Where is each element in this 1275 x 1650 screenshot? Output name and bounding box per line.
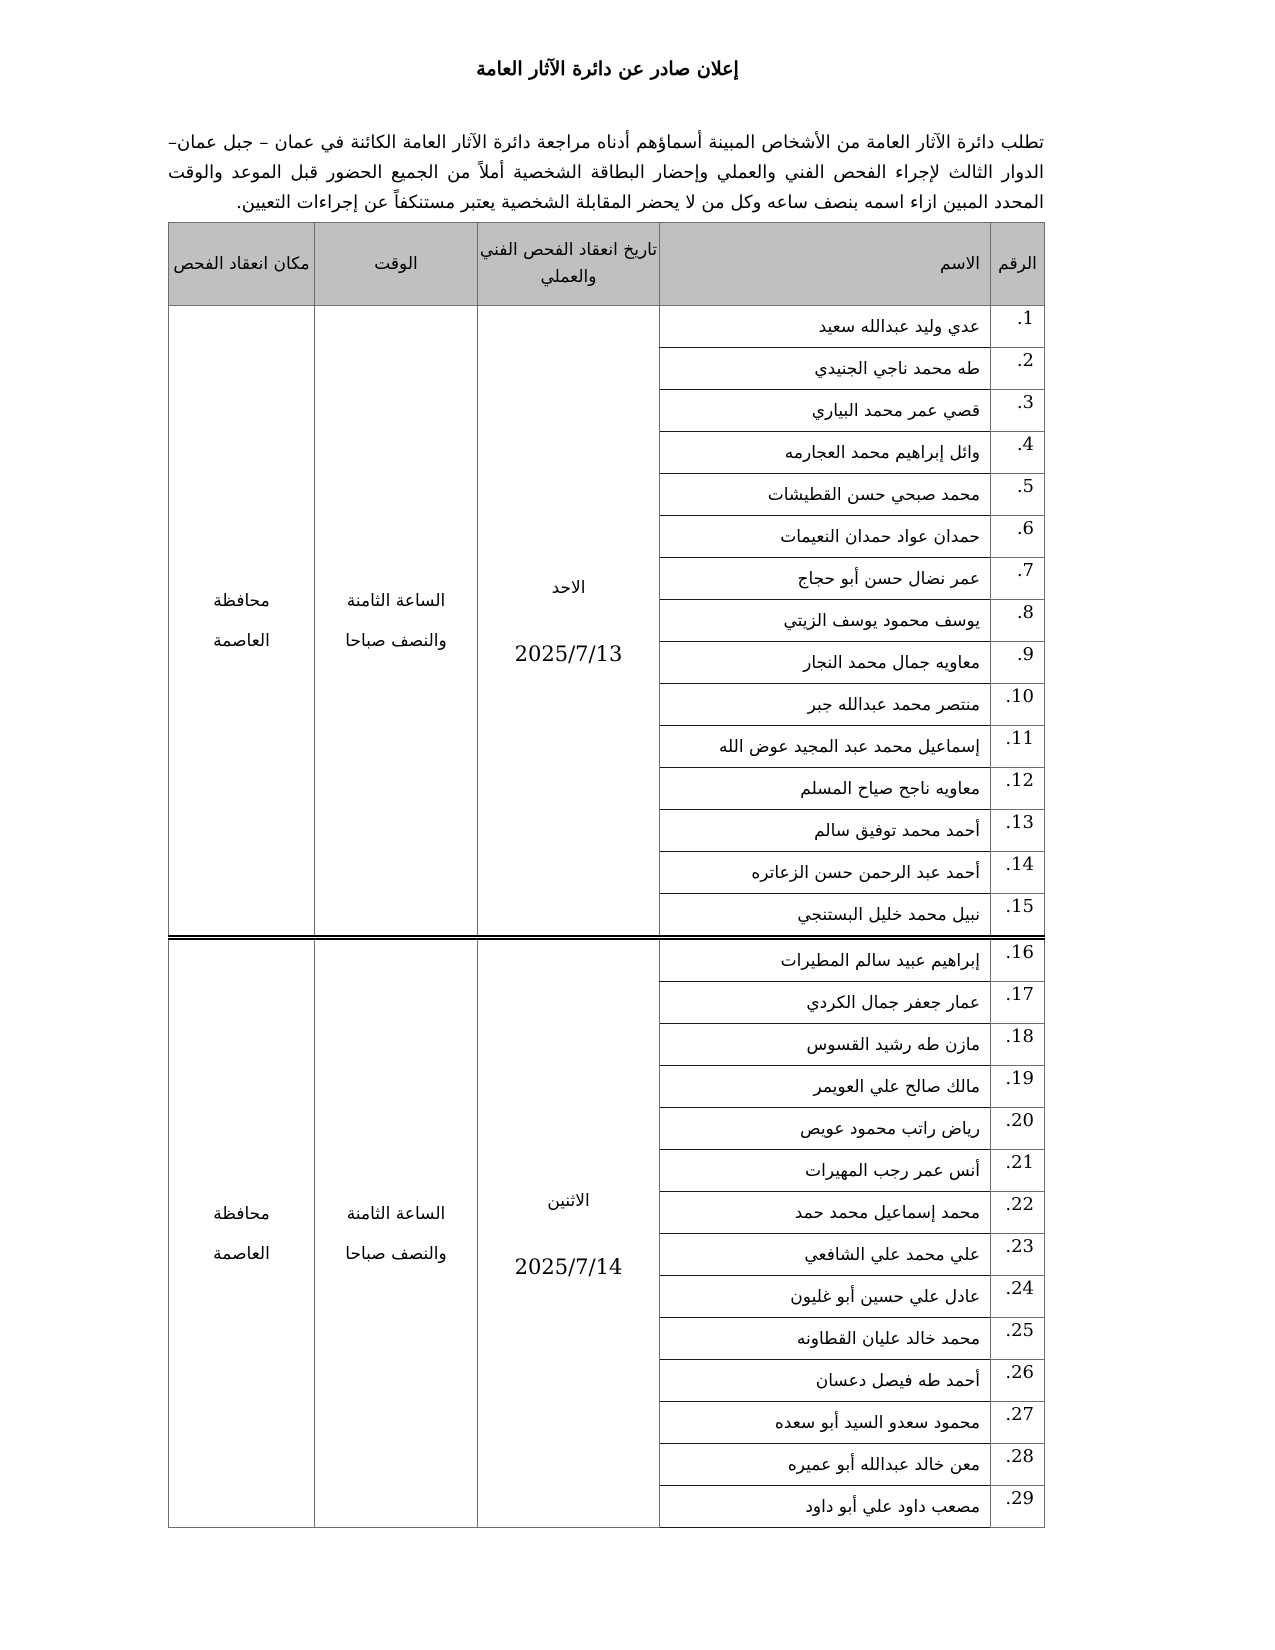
candidate-name: إبراهيم عبيد سالم المطيرات	[660, 938, 991, 982]
exam-date: 2025/7/14	[478, 1247, 659, 1287]
exam-day: الاحد	[478, 568, 659, 608]
row-number: .25	[991, 1318, 1045, 1360]
exam-date-cell: الاحد2025/7/13	[478, 306, 660, 938]
header-place: مكان انعقاد الفحص	[169, 223, 315, 306]
candidate-name: يوسف محمود يوسف الزيتي	[660, 600, 991, 642]
row-number: .19	[991, 1066, 1045, 1108]
page-title: إعلان صادر عن دائرة الآثار العامة	[0, 58, 1215, 80]
row-number: .6	[991, 516, 1045, 558]
candidate-name: محمود سعدو السيد أبو سعده	[660, 1402, 991, 1444]
row-number-text: .19	[1005, 1068, 1034, 1089]
candidate-name: عدي وليد عبدالله سعيد	[660, 306, 991, 348]
row-number: .28	[991, 1444, 1045, 1486]
header-name: الاسم	[660, 223, 991, 306]
row-number: .14	[991, 852, 1045, 894]
candidate-name: معن خالد عبدالله أبو عميره	[660, 1444, 991, 1486]
exam-date: 2025/7/13	[478, 634, 659, 674]
row-number-text: .12	[1005, 770, 1034, 791]
row-number-text: .6	[1017, 518, 1034, 539]
candidate-name: محمد خالد عليان القطاونه	[660, 1318, 991, 1360]
candidates-table: الرقم الاسم تاريخ انعقاد الفحص الفني وال…	[168, 222, 1045, 1528]
exam-time: الساعة الثامنة والنصف صباحا	[315, 938, 478, 1528]
row-number: .1	[991, 306, 1045, 348]
row-number: .18	[991, 1024, 1045, 1066]
table-row: .1عدي وليد عبدالله سعيدالاحد2025/7/13الس…	[169, 306, 1045, 348]
row-number: .24	[991, 1276, 1045, 1318]
row-number: .3	[991, 390, 1045, 432]
candidate-name: إسماعيل محمد عبد المجيد عوض الله	[660, 726, 991, 768]
candidate-name: عمر نضال حسن أبو حجاج	[660, 558, 991, 600]
row-number: .9	[991, 642, 1045, 684]
row-number: .5	[991, 474, 1045, 516]
candidate-name: منتصر محمد عبدالله جبر	[660, 684, 991, 726]
row-number: .8	[991, 600, 1045, 642]
row-number: .21	[991, 1150, 1045, 1192]
candidate-name: أحمد عبد الرحمن حسن الزعاتره	[660, 852, 991, 894]
candidate-name: مصعب داود علي أبو داود	[660, 1486, 991, 1528]
exam-place-text: محافظة العاصمة	[169, 581, 314, 661]
row-number: .4	[991, 432, 1045, 474]
row-number-text: .20	[1005, 1110, 1034, 1131]
row-number: .26	[991, 1360, 1045, 1402]
row-number-text: .9	[1017, 644, 1034, 665]
candidate-name: عادل علي حسين أبو غليون	[660, 1276, 991, 1318]
row-number: .16	[991, 938, 1045, 982]
header-date: تاريخ انعقاد الفحص الفني والعملي	[478, 223, 660, 306]
row-number-text: .15	[1005, 896, 1034, 917]
candidate-name: طه محمد ناجي الجنيدي	[660, 348, 991, 390]
exam-date-cell: الاثنين2025/7/14	[478, 938, 660, 1528]
row-number-text: .8	[1017, 602, 1034, 623]
row-number: .17	[991, 982, 1045, 1024]
row-number-text: .7	[1017, 560, 1034, 581]
row-number-text: .3	[1017, 392, 1034, 413]
exam-time-text: الساعة الثامنة والنصف صباحا	[315, 1194, 477, 1274]
candidate-name: مالك صالح علي العويمر	[660, 1066, 991, 1108]
candidate-name: محمد صبحي حسن القطيشات	[660, 474, 991, 516]
row-number: .27	[991, 1402, 1045, 1444]
row-number: .29	[991, 1486, 1045, 1528]
row-number: .23	[991, 1234, 1045, 1276]
row-number-text: .18	[1005, 1026, 1034, 1047]
candidate-name: مازن طه رشيد القسوس	[660, 1024, 991, 1066]
exam-time: الساعة الثامنة والنصف صباحا	[315, 306, 478, 938]
row-number: .20	[991, 1108, 1045, 1150]
row-number: .11	[991, 726, 1045, 768]
candidate-name: قصي عمر محمد البياري	[660, 390, 991, 432]
header-time: الوقت	[315, 223, 478, 306]
row-number: .7	[991, 558, 1045, 600]
row-number-text: .14	[1005, 854, 1034, 875]
candidate-name: أحمد طه فيصل دعسان	[660, 1360, 991, 1402]
row-number-text: .23	[1005, 1236, 1034, 1257]
candidate-name: أحمد محمد توفيق سالم	[660, 810, 991, 852]
candidate-name: أنس عمر رجب المهيرات	[660, 1150, 991, 1192]
row-number: .2	[991, 348, 1045, 390]
row-number-text: .16	[1005, 942, 1034, 963]
row-number-text: .1	[1017, 308, 1034, 329]
candidate-name: حمدان عواد حمدان النعيمات	[660, 516, 991, 558]
table-header-row: الرقم الاسم تاريخ انعقاد الفحص الفني وال…	[169, 223, 1045, 306]
row-number-text: .24	[1005, 1278, 1034, 1299]
table-row: .16إبراهيم عبيد سالم المطيراتالاثنين2025…	[169, 938, 1045, 982]
candidate-name: وائل إبراهيم محمد العجارمه	[660, 432, 991, 474]
row-number-text: .28	[1005, 1446, 1034, 1467]
candidate-name: نبيل محمد خليل البستنجي	[660, 894, 991, 938]
candidate-name: معاويه ناجح صياح المسلم	[660, 768, 991, 810]
row-number-text: .25	[1005, 1320, 1034, 1341]
row-number: .15	[991, 894, 1045, 938]
row-number-text: .2	[1017, 350, 1034, 371]
announcement-paragraph: تطلب دائرة الآثار العامة من الأشخاص المب…	[168, 128, 1044, 218]
candidate-name: معاويه جمال محمد النجار	[660, 642, 991, 684]
row-number-text: .27	[1005, 1404, 1034, 1425]
exam-place: محافظة العاصمة	[169, 306, 315, 938]
header-number: الرقم	[991, 223, 1045, 306]
row-number-text: .4	[1017, 434, 1034, 455]
candidate-name: عمار جعفر جمال الكردي	[660, 982, 991, 1024]
row-number-text: .22	[1005, 1194, 1034, 1215]
exam-time-text: الساعة الثامنة والنصف صباحا	[315, 581, 477, 661]
exam-day: الاثنين	[478, 1181, 659, 1221]
row-number-text: .5	[1017, 476, 1034, 497]
candidate-name: رياض راتب محمود عويص	[660, 1108, 991, 1150]
row-number: .13	[991, 810, 1045, 852]
candidate-name: علي محمد علي الشافعي	[660, 1234, 991, 1276]
table-body: .1عدي وليد عبدالله سعيدالاحد2025/7/13الس…	[169, 306, 1045, 1528]
row-number: .12	[991, 768, 1045, 810]
row-number: .10	[991, 684, 1045, 726]
row-number-text: .26	[1005, 1362, 1034, 1383]
row-number-text: .13	[1005, 812, 1034, 833]
row-number-text: .29	[1005, 1488, 1034, 1509]
exam-place: محافظة العاصمة	[169, 938, 315, 1528]
row-number-text: .17	[1005, 984, 1034, 1005]
row-number-text: .10	[1005, 686, 1034, 707]
candidate-name: محمد إسماعيل محمد حمد	[660, 1192, 991, 1234]
row-number-text: .21	[1005, 1152, 1034, 1173]
exam-place-text: محافظة العاصمة	[169, 1194, 314, 1274]
row-number-text: .11	[1005, 728, 1034, 749]
row-number: .22	[991, 1192, 1045, 1234]
